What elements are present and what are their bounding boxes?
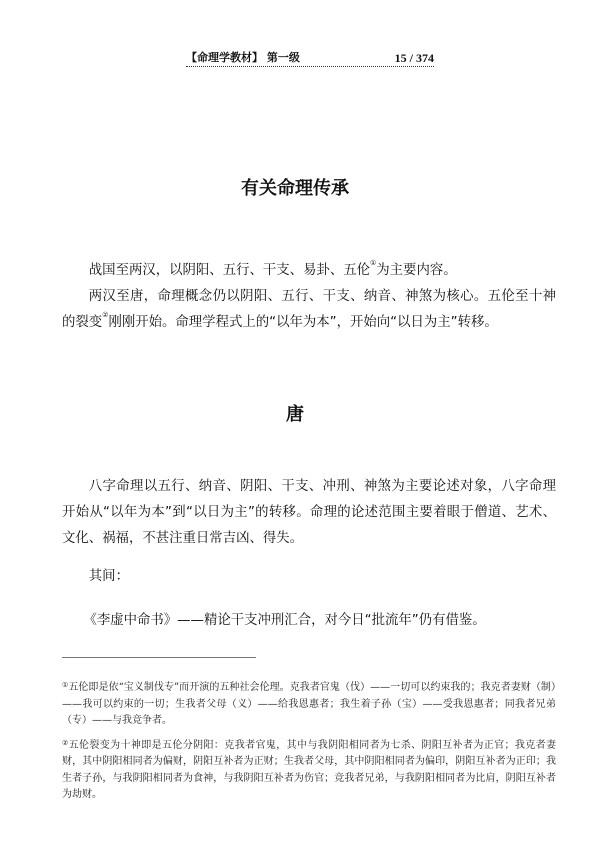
- paragraph-text: 战国至两汉，以阴阳、五行、干支、易卦、五伦: [89, 263, 370, 278]
- footnote-separator: [62, 657, 256, 658]
- header-page-number: 15 / 374: [395, 50, 434, 66]
- footnote-1: ①五伦即是依“宝义制伐专”而开演的五种社会伦理。克我者官鬼（伐）——一切可以约束…: [62, 680, 556, 730]
- footnote-mark: ②: [62, 739, 69, 747]
- section-tang-body: 八字命理以五行、纳音、阴阳、干支、冲刑、神煞为主要论述对象，八字命理开始从“以年…: [62, 474, 556, 634]
- paragraph: 八字命理以五行、纳音、阴阳、干支、冲刑、神煞为主要论述对象，八字命理开始从“以年…: [62, 474, 556, 552]
- paragraph: 《李虚中命书》——精论干支冲刑汇合，对今日“批流年”仍有借鉴。: [62, 608, 556, 634]
- footnote-text: 五伦裂变为十神即是五伦分阴阳：克我者官鬼，其中与我阴阳相同者为七杀、阴阳互补者为…: [62, 740, 556, 801]
- paragraph-text: 为主要内容。: [376, 263, 456, 278]
- paragraph: 战国至两汉，以阴阳、五行、干支、易卦、五伦①为主要内容。: [62, 258, 556, 284]
- footnote-2: ②五伦裂变为十神即是五伦分阴阳：克我者官鬼，其中与我阴阳相同者为七杀、阴阳互补者…: [62, 738, 556, 804]
- paragraph: 其间：: [62, 564, 556, 590]
- header-book-title: 【命理学教材】 第一级: [186, 50, 300, 66]
- paragraph: 两汉至唐，命理概念仍以阴阳、五行、干支、纳音、神煞为核心。五伦至十神的裂变②刚刚…: [62, 284, 556, 336]
- footnotes: ①五伦即是依“宝义制伐专”而开演的五种社会伦理。克我者官鬼（伐）——一切可以约束…: [62, 680, 556, 812]
- paragraph-text: 刚刚开始。命理学程式上的“以年为本”，开始向“以日为主”转移。: [108, 315, 497, 330]
- footnote-text: 五伦即是依“宝义制伐专”而开演的五种社会伦理。克我者官鬼（伐）——一切可以约束我…: [62, 682, 556, 726]
- section-lineage-body: 战国至两汉，以阴阳、五行、干支、易卦、五伦①为主要内容。 两汉至唐，命理概念仍以…: [62, 258, 556, 336]
- running-header: 【命理学教材】 第一级 15 / 374: [186, 50, 434, 67]
- section-title-lineage: 有关命理传承: [0, 174, 590, 200]
- section-title-tang: 唐: [0, 400, 590, 426]
